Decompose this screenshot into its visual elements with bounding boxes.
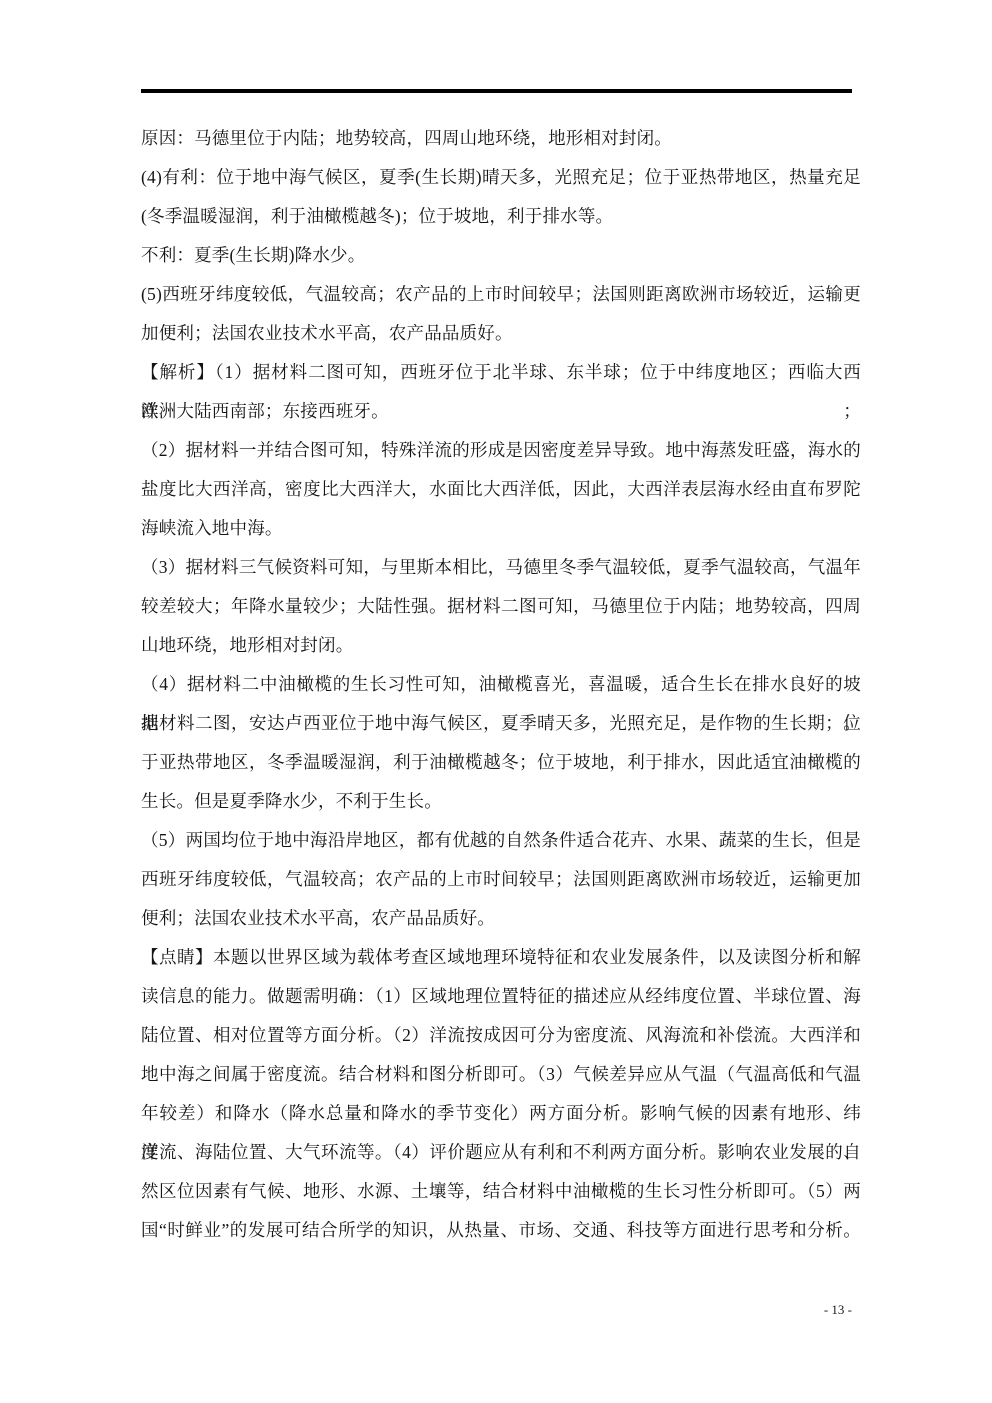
doc-line: 生长。但是夏季降水少，不利于生长。 [141, 782, 861, 821]
doc-line: 海峡流入地中海。 [141, 509, 861, 548]
doc-line: 西班牙纬度较低，气温较高；农产品的上市时间较早；法国则距离欧洲市场较近，运输更加 [141, 860, 861, 899]
doc-line: 原因：马德里位于内陆；地势较高，四周山地环绕，地形相对封闭。 [141, 119, 861, 158]
doc-line: 陆位置、相对位置等方面分析。（2）洋流按成因可分为密度流、风海流和补偿流。大西洋… [141, 1016, 861, 1055]
doc-line: 国“时鲜业”的发展可结合所学的知识，从热量、市场、交通、科技等方面进行思考和分析… [141, 1211, 861, 1250]
doc-line: 于亚热带地区，冬季温暖湿润，利于油橄榄越冬；位于坡地，利于排水，因此适宜油橄榄的 [141, 743, 861, 782]
doc-line: 加便利；法国农业技术水平高，农产品品质好。 [141, 314, 861, 353]
doc-line: 山地环绕，地形相对封闭。 [141, 626, 861, 665]
doc-line: (4)有利：位于地中海气候区，夏季(生长期)晴天多，光照充足；位于亚热带地区，热… [141, 158, 861, 197]
doc-line: 据材料二图，安达卢西亚位于地中海气候区，夏季晴天多，光照充足，是作物的生长期；位 [141, 704, 861, 743]
doc-line: 便利；法国农业技术水平高，农产品品质好。 [141, 899, 861, 938]
doc-line-analysis-start: 【解析】（1）据材料二图可知，西班牙位于北半球、东半球；位于中纬度地区；西临大西… [141, 353, 861, 392]
doc-line: (5)西班牙纬度较低，气温较高；农产品的上市时间较早；法国则距离欧洲市场较近，运… [141, 275, 861, 314]
doc-line: （5）两国均位于地中海沿岸地区，都有优越的自然条件适合花卉、水果、蔬菜的生长，但… [141, 821, 861, 860]
document-page: 原因：马德里位于内陆；地势较高，四周山地环绕，地形相对封闭。 (4)有利：位于地… [0, 0, 992, 1403]
doc-line: 洋流、海陆位置、大气环流等。（4）评价题应从有利和不利两方面分析。影响农业发展的… [141, 1133, 861, 1172]
doc-line: 然区位因素有气候、地形、水源、土壤等，结合材料中油橄榄的生长习性分析即可。（5）… [141, 1172, 861, 1211]
doc-line: 较差较大；年降水量较少；大陆性强。据材料二图可知，马德里位于内陆；地势较高，四周 [141, 587, 861, 626]
doc-line: 盐度比大西洋高，密度比大西洋大，水面比大西洋低，因此，大西洋表层海水经由直布罗陀 [141, 470, 861, 509]
doc-line: 读信息的能力。做题需明确：（1）区域地理位置特征的描述应从经纬度位置、半球位置、… [141, 977, 861, 1016]
doc-line: （2）据材料一并结合图可知，特殊洋流的形成是因密度差异导致。地中海蒸发旺盛，海水… [141, 431, 861, 470]
document-body: 原因：马德里位于内陆；地势较高，四周山地环绕，地形相对封闭。 (4)有利：位于地… [141, 119, 861, 1250]
page-number: - 13 - [141, 1299, 852, 1321]
header-rule [141, 89, 852, 93]
doc-line: 不利：夏季(生长期)降水少。 [141, 236, 861, 275]
doc-line: （4）据材料二中油橄榄的生长习性可知，油橄榄喜光，喜温暖，适合生长在排水良好的坡… [141, 665, 861, 704]
doc-line: 年较差）和降水（降水总量和降水的季节变化）两方面分析。影响气候的因素有地形、纬度… [141, 1094, 861, 1133]
doc-line: 地中海之间属于密度流。结合材料和图分析即可。（3）气候差异应从气温（气温高低和气… [141, 1055, 861, 1094]
doc-line: （3）据材料三气候资料可知，与里斯本相比，马德里冬季气温较低，夏季气温较高，气温… [141, 548, 861, 587]
doc-line-keynote-start: 【点睛】本题以世界区域为载体考查区域地理环境特征和农业发展条件，以及读图分析和解 [141, 938, 861, 977]
doc-line: (冬季温暖湿润，利于油橄榄越冬)；位于坡地，利于排水等。 [141, 197, 861, 236]
